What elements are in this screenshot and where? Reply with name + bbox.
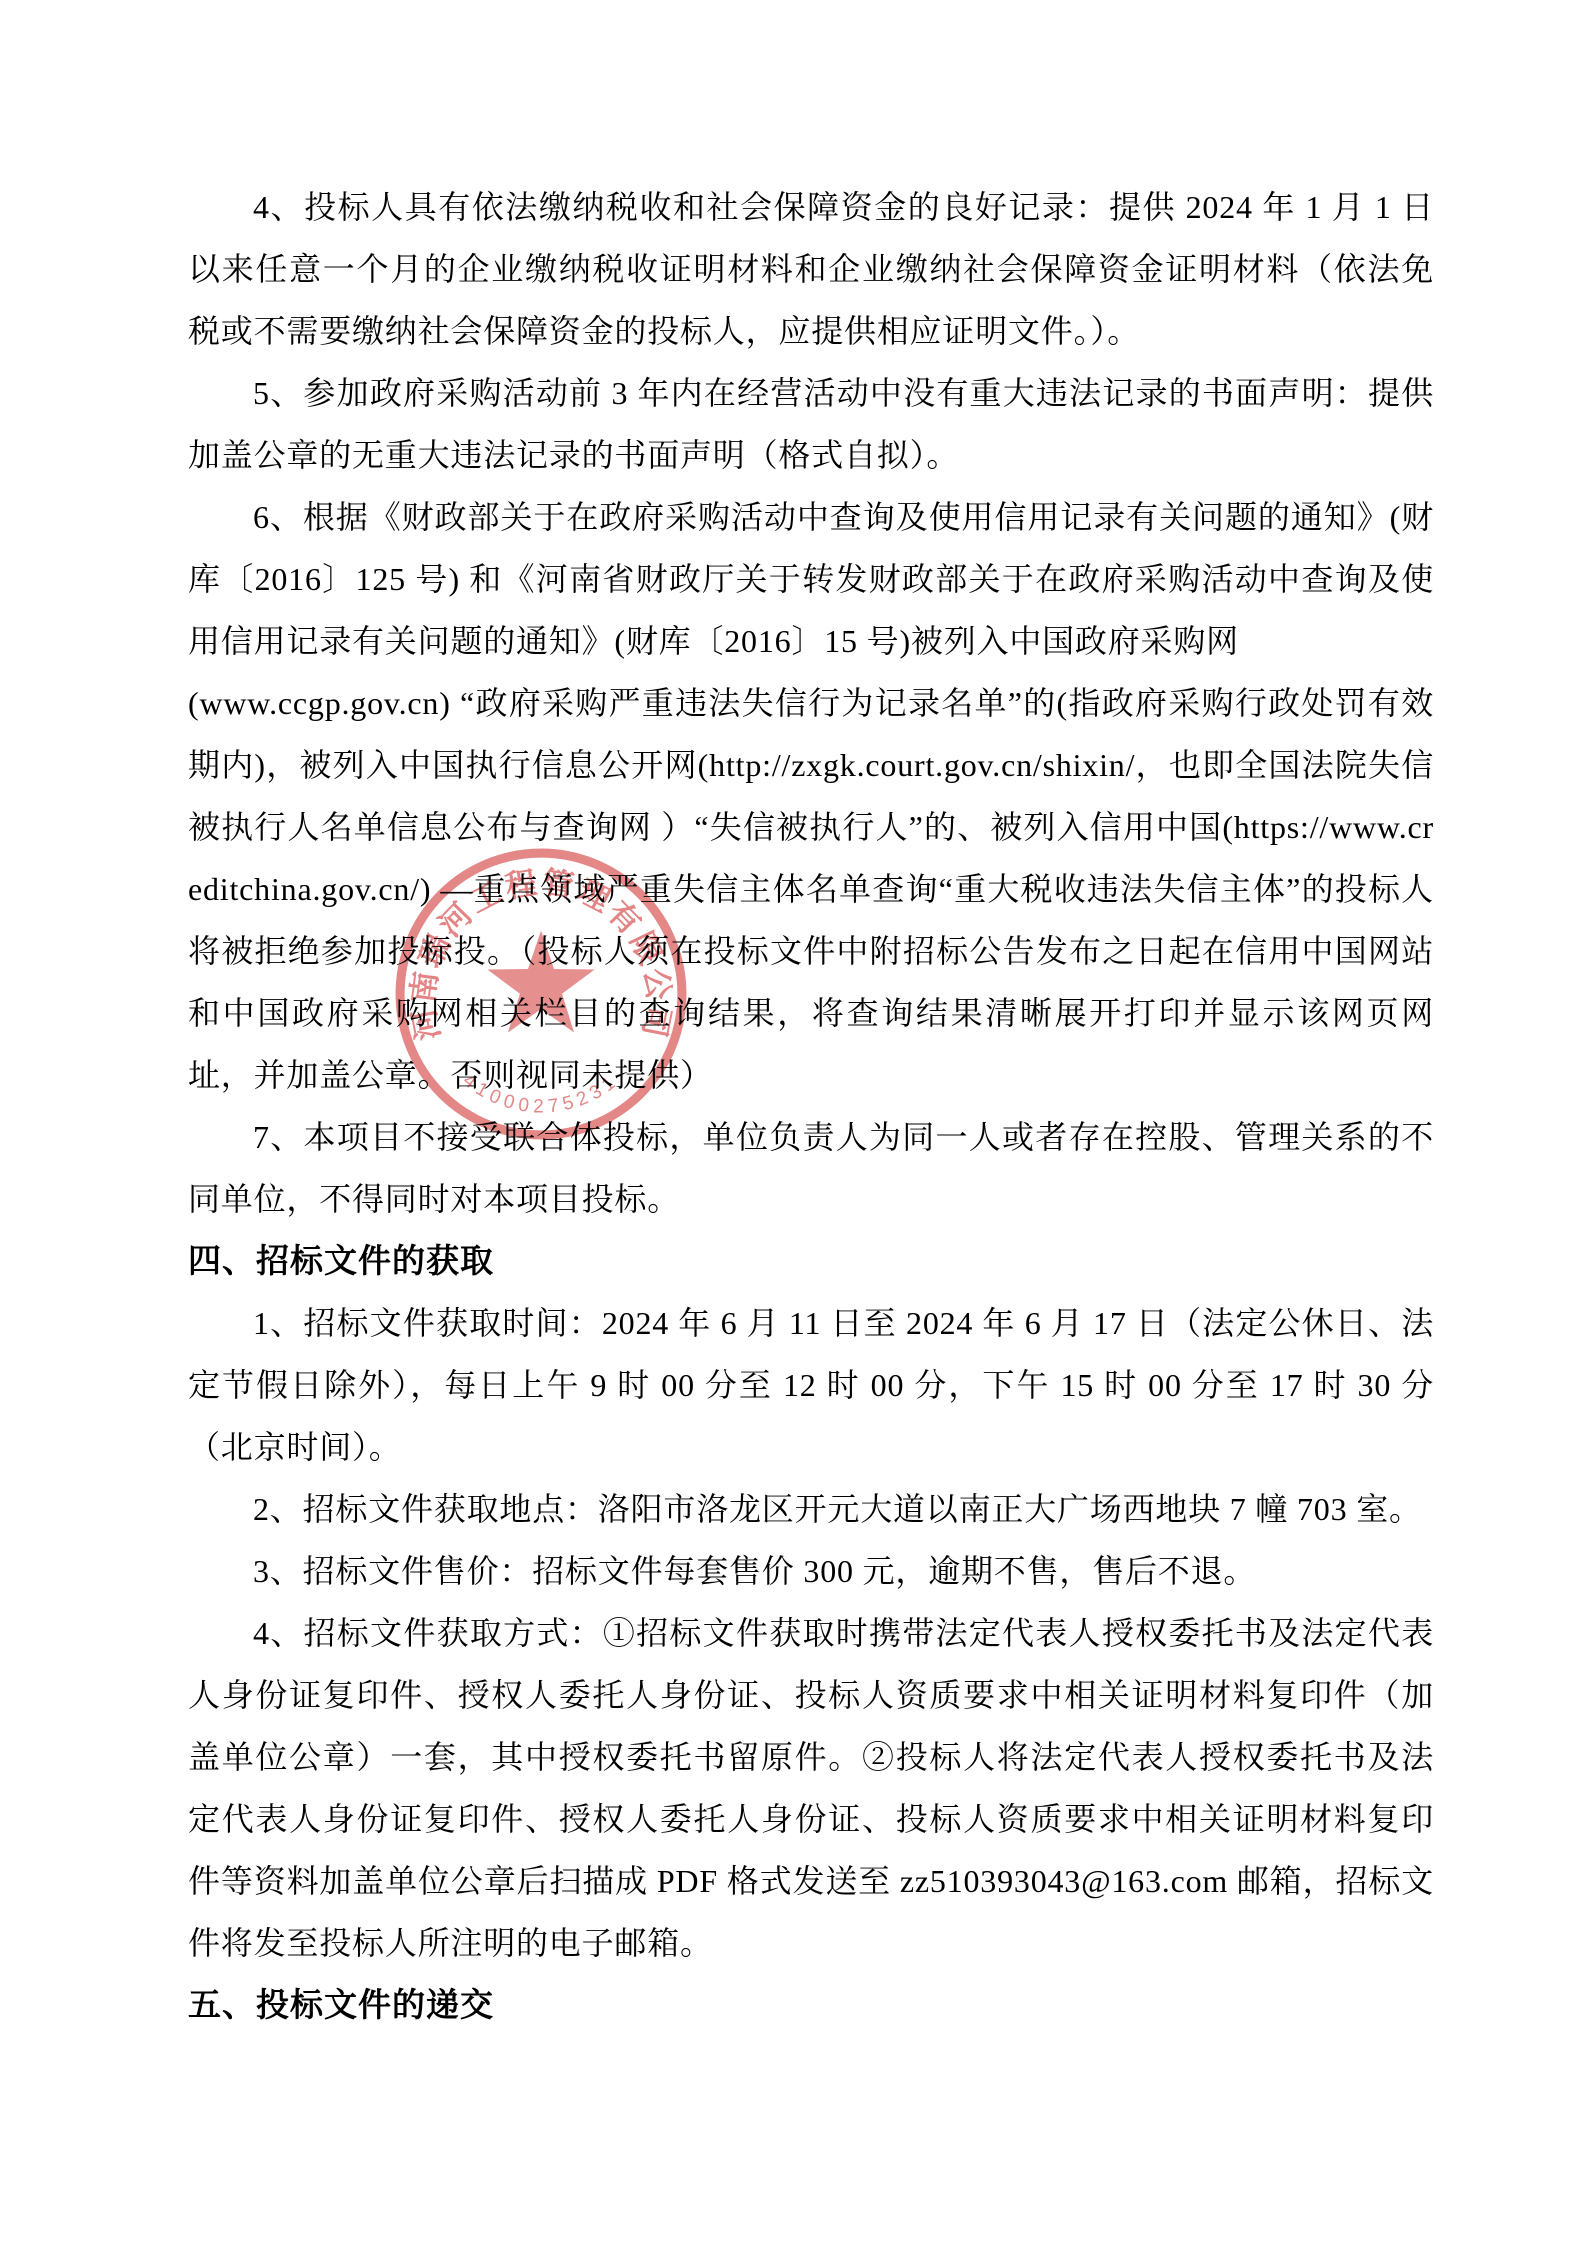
acquire-place-paragraph: 2、招标文件获取地点：洛阳市洛龙区开元大道以南正大广场西地块 7 幢 703 室… [188, 1478, 1434, 1540]
section-5-heading: 五、投标文件的递交 [188, 1974, 1434, 2036]
section-4-heading: 四、招标文件的获取 [188, 1230, 1434, 1292]
clause-6-paragraph: 6、根据《财政部关于在政府采购活动中查询及使用信用记录有关问题的通知》(财库〔2… [188, 486, 1434, 672]
doc-price-paragraph: 3、招标文件售价：招标文件每套售价 300 元，逾期不售，售后不退。 [188, 1540, 1434, 1602]
document-page: 4、投标人具有依法缴纳税收和社会保障资金的良好记录：提供 2024 年 1 月 … [0, 0, 1586, 2244]
document-content: 4、投标人具有依法缴纳税收和社会保障资金的良好记录：提供 2024 年 1 月 … [188, 176, 1434, 2036]
acquire-time-paragraph: 1、招标文件获取时间：2024 年 6 月 11 日至 2024 年 6 月 1… [188, 1292, 1434, 1478]
clause-7-paragraph: 7、本项目不接受联合体投标，单位负责人为同一人或者存在控股、管理关系的不同单位，… [188, 1106, 1434, 1230]
acquire-method-paragraph: 4、招标文件获取方式：①招标文件获取时携带法定代表人授权委托书及法定代表人身份证… [188, 1602, 1434, 1974]
clause-5-paragraph: 5、参加政府采购活动前 3 年内在经营活动中没有重大违法记录的书面声明：提供加盖… [188, 362, 1434, 486]
clause-4-paragraph: 4、投标人具有依法缴纳税收和社会保障资金的良好记录：提供 2024 年 1 月 … [188, 176, 1434, 362]
clause-6-continued-paragraph: (www.ccgp.gov.cn) “政府采购严重违法失信行为记录名单”的(指政… [188, 672, 1434, 1106]
